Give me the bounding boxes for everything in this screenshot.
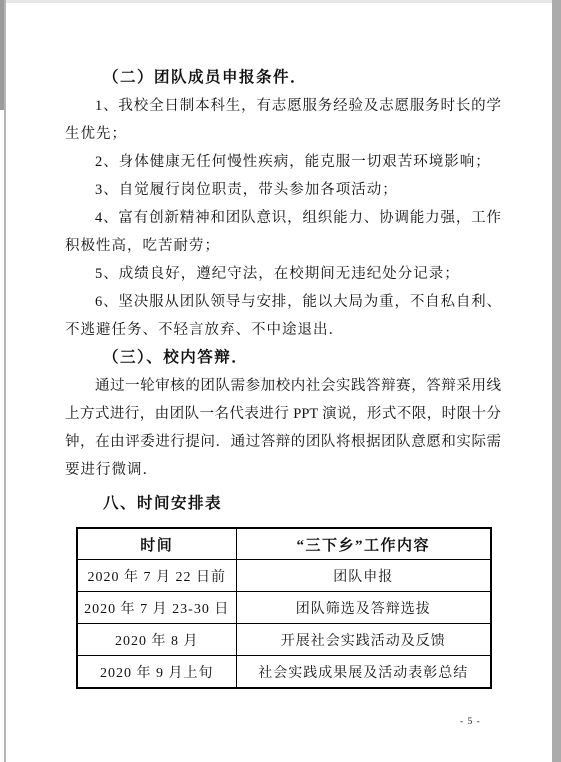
body-line-item3: 3、自觉履行岗位职责，带头参加各项活动； bbox=[65, 176, 501, 204]
body-line-defense1: 通过一轮审核的团队需参加校内社会实践答辩赛，答辩采用线 bbox=[65, 372, 501, 400]
section-heading-schedule: 八、时间安排表 bbox=[65, 490, 501, 518]
schedule-table-row: 2020 年 7 月 22 日前 团队申报 bbox=[77, 560, 491, 592]
schedule-cell-time: 2020 年 7 月 23-30 日 bbox=[77, 592, 236, 624]
document-content: （二）团队成员申报条件． 1、我校全日制本科生，有志愿服务经验及志愿服务时长的学… bbox=[65, 64, 501, 689]
schedule-table-header-row: 时间 “三下乡”工作内容 bbox=[77, 528, 491, 560]
scan-edge-left-line bbox=[4, 0, 6, 762]
schedule-table-header-work-content: “三下乡”工作内容 bbox=[236, 528, 491, 560]
body-line-item1a: 1、我校全日制本科生，有志愿服务经验及志愿服务时长的学 bbox=[65, 92, 501, 120]
schedule-table: 时间 “三下乡”工作内容 2020 年 7 月 22 日前 团队申报 2020 … bbox=[76, 527, 492, 689]
schedule-cell-content: 团队筛选及答辩选拔 bbox=[236, 592, 491, 624]
schedule-table-row: 2020 年 8 月 开展社会实践活动及反馈 bbox=[77, 624, 491, 656]
body-line-item6b: 不逃避任务、不轻言放弃、不中途退出． bbox=[65, 316, 501, 344]
schedule-table-header-time: 时间 bbox=[77, 528, 236, 560]
body-line-item4b: 积极性高，吃苦耐劳； bbox=[65, 232, 501, 260]
schedule-cell-time: 2020 年 9 月上旬 bbox=[77, 656, 236, 689]
schedule-table-row: 2020 年 9 月上旬 社会实践成果展及活动表彰总结 bbox=[77, 656, 491, 689]
body-line-defense3: 钟，在由评委进行提问．通过答辩的团队将根据团队意愿和实际需 bbox=[65, 428, 501, 456]
schedule-table-row: 2020 年 7 月 23-30 日 团队筛选及答辩选拔 bbox=[77, 592, 491, 624]
body-line-defense2: 上方式进行，由团队一名代表进行 PPT 演说，形式不限，时限十分 bbox=[65, 400, 501, 428]
page-number: - 5 - bbox=[460, 717, 481, 727]
schedule-cell-content: 社会实践成果展及活动表彰总结 bbox=[236, 656, 491, 689]
schedule-cell-time: 2020 年 8 月 bbox=[77, 624, 236, 656]
schedule-cell-time: 2020 年 7 月 22 日前 bbox=[77, 560, 236, 592]
document-page: （二）团队成员申报条件． 1、我校全日制本科生，有志愿服务经验及志愿服务时长的学… bbox=[0, 0, 561, 762]
scan-edge-right bbox=[552, 0, 561, 762]
section-heading-campus-defense: （三）、校内答辩． bbox=[65, 344, 501, 372]
body-line-item1b: 生优先； bbox=[65, 120, 501, 148]
body-line-item5: 5、成绩良好，遵纪守法，在校期间无违纪处分记录； bbox=[65, 260, 501, 288]
schedule-cell-content: 开展社会实践活动及反馈 bbox=[236, 624, 491, 656]
body-line-item2: 2、身体健康无任何慢性疾病，能克服一切艰苦环境影响； bbox=[65, 148, 501, 176]
schedule-cell-content: 团队申报 bbox=[236, 560, 491, 592]
section-heading-member-criteria: （二）团队成员申报条件． bbox=[65, 64, 501, 92]
scan-edge-top bbox=[0, 0, 561, 3]
body-line-item4a: 4、富有创新精神和团队意识，组织能力、协调能力强，工作 bbox=[65, 204, 501, 232]
body-line-defense4: 要进行微调． bbox=[65, 456, 501, 484]
body-line-item6a: 6、坚决服从团队领导与安排，能以大局为重，不自私自利、 bbox=[65, 288, 501, 316]
